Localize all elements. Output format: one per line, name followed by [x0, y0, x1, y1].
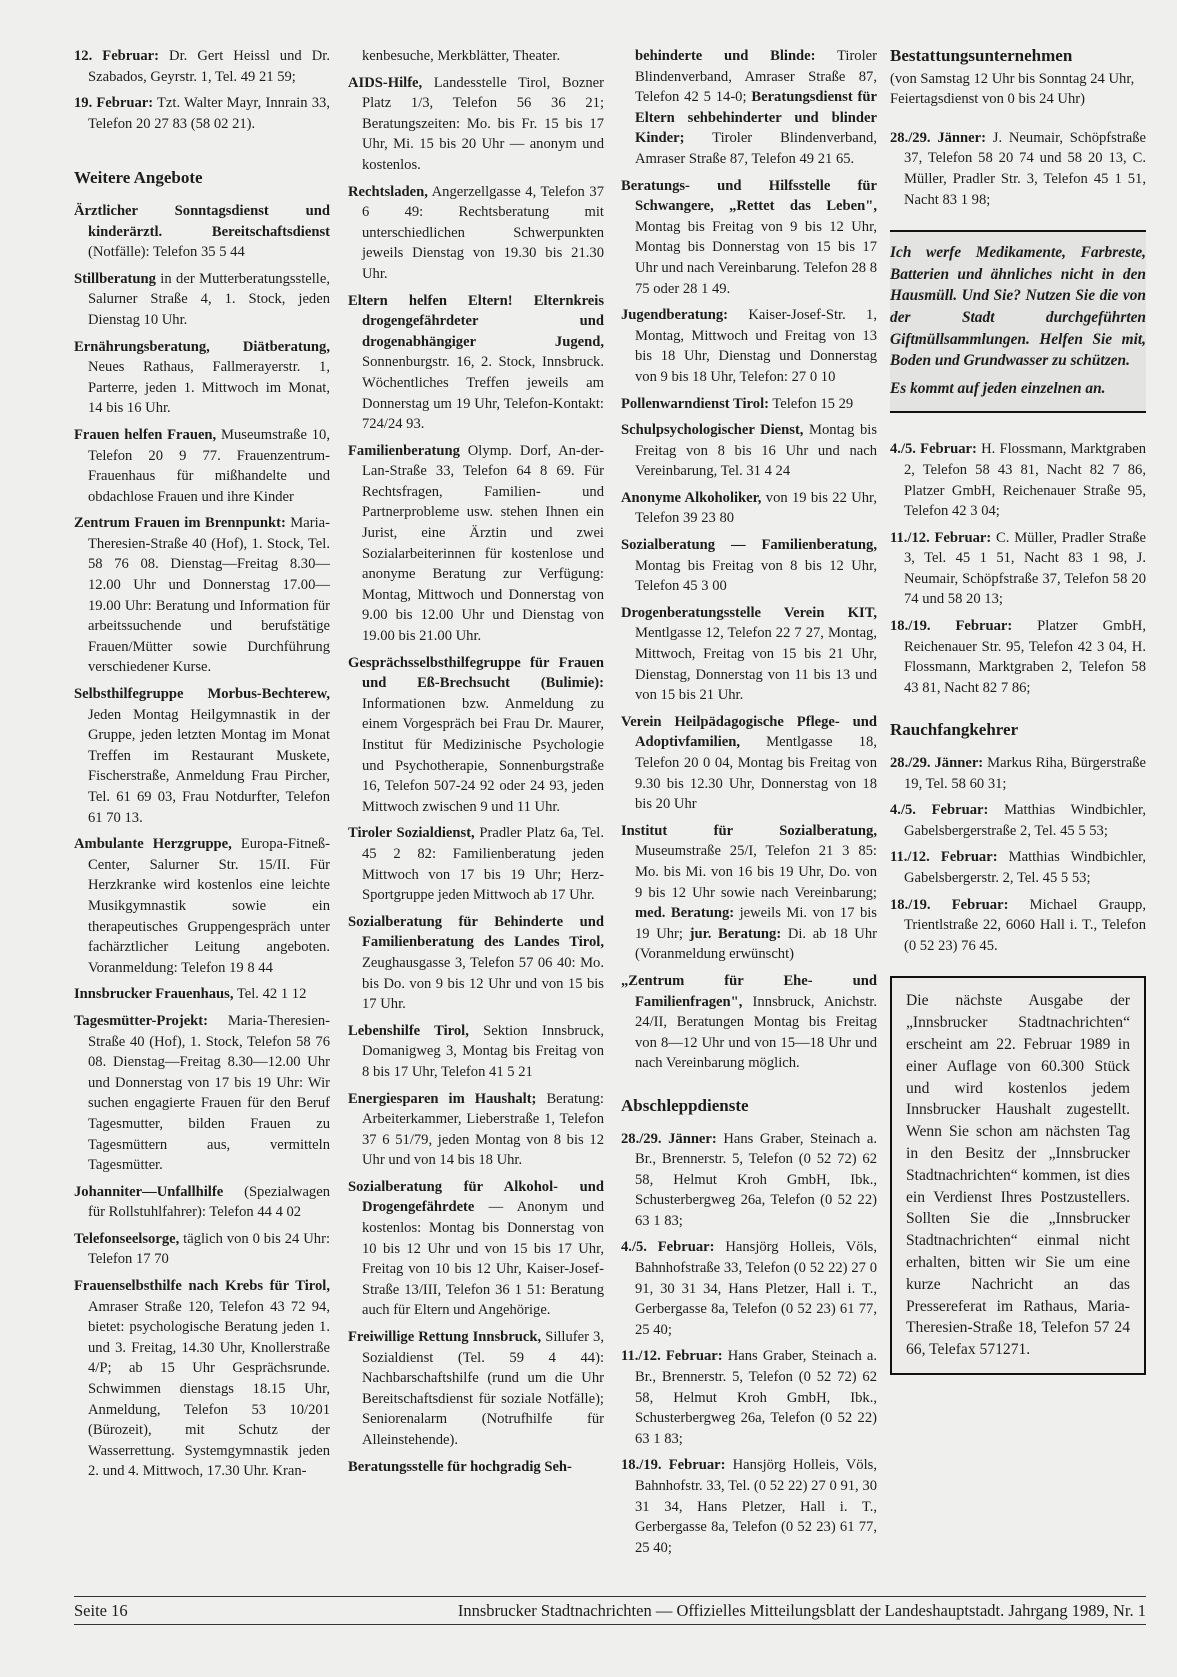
entry-label: 18./19. Februar:: [890, 897, 1008, 913]
list-item: Telefonseelsorge, täglich von 0 bis 24 U…: [74, 1229, 330, 1270]
entry-list: AIDS-Hilfe, Landesstelle Tirol, Bozner P…: [348, 73, 604, 1478]
entry-label: 28./29. Jänner:: [890, 130, 986, 146]
continuation-text: kenbesuche, Merkblätter, Theater.: [348, 46, 604, 67]
list-item: 4./5. Februar: H. Flossmann, Marktgraben…: [890, 439, 1146, 521]
entry-label: Tiroler Sozialdienst,: [348, 825, 475, 841]
entry-label: Frauen helfen Frauen,: [74, 427, 216, 443]
entry-label: 11./12. Februar:: [890, 530, 991, 546]
list-item: 28./29. Jänner: Markus Riha, Bürgerstraß…: [890, 753, 1146, 794]
entry-label: 18./19. Februar:: [890, 618, 1012, 634]
column-3: behinderte und Blinde: Tiroler Blindenve…: [621, 46, 877, 1564]
funeral-list-2: 4./5. Februar: H. Flossmann, Marktgraben…: [890, 439, 1146, 698]
entry-text: Museumstraße 25/I, Telefon 21 3 85: Mo. …: [635, 843, 877, 900]
list-item: 18./19. Februar: Platzer GmbH, Reichenau…: [890, 616, 1146, 698]
column-1: 12. Februar: Dr. Gert Heissl und Dr. Sza…: [74, 46, 330, 1488]
entry-label: 4./5. Februar:: [621, 1239, 715, 1255]
entry-label: Frauenselbsthilfe nach Krebs für Tirol,: [74, 1278, 330, 1294]
list-item: AIDS-Hilfe, Landesstelle Tirol, Bozner P…: [348, 73, 604, 176]
hazardous-waste-callout: Ich werfe Medikamente, Farbreste, Batter…: [890, 230, 1146, 413]
funeral-list: 28./29. Jänner: J. Neumair, Schöpfstraße…: [890, 128, 1146, 210]
list-item: Frauen helfen Frauen, Museumstraße 10, T…: [74, 425, 330, 507]
entry-text: Jeden Montag Heilgymnastik in der Gruppe…: [88, 707, 330, 826]
section-heading-abschleppdienste: Abschleppdienste: [621, 1096, 877, 1117]
list-item: 18./19. Februar: Hansjörg Holleis, Völs,…: [621, 1455, 877, 1558]
page-number: Seite 16: [74, 1601, 128, 1621]
entry-text: (Notfälle): Telefon 35 5 44: [88, 244, 245, 260]
entry-label: Schulpsychologischer Dienst,: [621, 422, 803, 438]
list-item: Gesprächsselbsthilfegruppe für Frauen un…: [348, 653, 604, 818]
list-item: Familienberatung Olymp. Dorf, An-der-Lan…: [348, 441, 604, 647]
list-item: Freiwillige Rettung Innsbruck, Sillufer …: [348, 1327, 604, 1451]
service-hours-note: (von Samstag 12 Uhr bis Sonntag 24 Uhr, …: [890, 69, 1146, 110]
section-heading-rauchfangkehrer: Rauchfangkehrer: [890, 720, 1146, 741]
entry-label: 11./12. Februar:: [621, 1348, 723, 1364]
entry-label: Innsbrucker Frauenhaus,: [74, 986, 234, 1002]
list-item: Ernährungsberatung, Diätberatung, Neues …: [74, 337, 330, 419]
list-item: Eltern helfen Eltern! Elternkreis drogen…: [348, 291, 604, 435]
entry-label: Zentrum Frauen im Brennpunkt:: [74, 515, 286, 531]
list-item: Selbsthilfegruppe Morbus-Bechterew, Jede…: [74, 684, 330, 828]
list-item: Institut für Sozialberatung, Museumstraß…: [621, 821, 877, 965]
callout-slogan: Es kommt auf jeden einzelnen an.: [890, 378, 1146, 400]
entry-label: Beratungsstelle für hochgradig Seh-: [348, 1459, 572, 1475]
list-item: 28./29. Jänner: Hans Graber, Steinach a.…: [621, 1129, 877, 1232]
list-item: 11./12. Februar: Hans Graber, Steinach a…: [621, 1346, 877, 1449]
entry-label: Familienberatung: [348, 443, 460, 459]
entry-label: Tagesmütter-Projekt:: [74, 1013, 208, 1029]
entry-text: Neues Rathaus, Fallmerayerstr. 1, Parter…: [88, 359, 330, 416]
entry-label: Drogenberatungsstelle Verein KIT,: [621, 605, 877, 621]
entry-label: jur. Beratung:: [690, 926, 782, 942]
entry-label: 28./29. Jänner:: [621, 1131, 717, 1147]
entry-label: AIDS-Hilfe,: [348, 75, 422, 91]
column-4: Bestattungsunternehmen (von Samstag 12 U…: [890, 46, 1146, 1375]
entry-text: Sillufer 3, Sozialdienst (Tel. 59 4 44):…: [362, 1329, 604, 1448]
next-issue-notice-box: Die nächste Ausgabe der „Innsbrucker Sta…: [890, 976, 1146, 1375]
entry-label: behinderte und Blinde:: [635, 48, 816, 64]
section-heading-bestattung: Bestattungsunternehmen: [890, 46, 1146, 67]
entry-list: Beratungs- und Hilfsstelle für Schwanger…: [621, 176, 877, 1074]
entry-text: Mentlgasse 12, Telefon 22 7 27, Montag, …: [635, 625, 877, 703]
entry-text: Informationen bzw. Anmeldung zu einem Vo…: [362, 696, 604, 815]
entry-label: 4./5. Februar:: [890, 802, 988, 818]
entry-label: Ernährungsberatung, Diätberatung,: [74, 339, 330, 355]
entry-label: Johanniter—Unfallhilfe: [74, 1184, 223, 1200]
list-item: Beratungsstelle für hochgradig Seh-: [348, 1457, 604, 1478]
list-item: Frauenselbsthilfe nach Krebs für Tirol, …: [74, 1276, 330, 1482]
list-item: „Zentrum für Ehe- und Familienfragen", I…: [621, 971, 877, 1074]
entry-text: Montag bis Freitag von 8 bis 12 Uhr, Tel…: [635, 558, 877, 595]
list-item: Ärztlicher Sonntagsdienst und kinderärzt…: [74, 201, 330, 263]
list-item: Sozialberatung für Behinderte und Famili…: [348, 912, 604, 1015]
list-item: Drogenberatungsstelle Verein KIT, Mentlg…: [621, 603, 877, 706]
entry-text: Amraser Straße 120, Telefon 43 72 94, bi…: [88, 1299, 330, 1480]
entry-label: Rechtsladen,: [348, 184, 428, 200]
column-2: kenbesuche, Merkblätter, Theater. AIDS-H…: [348, 46, 604, 1483]
entry-label: Eltern helfen Eltern! Elternkreis drogen…: [348, 293, 604, 350]
entry-label: Lebenshilfe Tirol,: [348, 1023, 469, 1039]
list-item: Tiroler Sozialdienst, Pradler Platz 6a, …: [348, 823, 604, 905]
entry-label: Sozialberatung — Familienberatung,: [621, 537, 877, 553]
entry-label: Telefonseelsorge,: [74, 1231, 179, 1247]
entry-label: Sozialberatung für Behinderte und Famili…: [348, 914, 604, 951]
continuation-entry: behinderte und Blinde: Tiroler Blindenve…: [621, 46, 877, 170]
list-item: Rechtsladen, Angerzellgasse 4, Telefon 3…: [348, 182, 604, 285]
entry-label: Freiwillige Rettung Innsbruck,: [348, 1329, 541, 1345]
entry-label: Beratungs- und Hilfsstelle für Schwanger…: [621, 178, 877, 215]
list-item: 4./5. Februar: Hansjörg Holleis, Völs, B…: [621, 1237, 877, 1340]
list-item: 4./5. Februar: Matthias Windbichler, Gab…: [890, 800, 1146, 841]
list-item: Zentrum Frauen im Brennpunkt: Maria-Ther…: [74, 513, 330, 678]
list-item: Innsbrucker Frauenhaus, Tel. 42 1 12: [74, 984, 330, 1005]
list-item: 18./19. Februar: Michael Graupp, Trientl…: [890, 895, 1146, 957]
entry-label: 4./5. Februar:: [890, 441, 977, 457]
entry-text: Tel. 42 1 12: [234, 986, 307, 1002]
list-item: Energiesparen im Haushalt; Beratung: Arb…: [348, 1089, 604, 1171]
entry-label: 28./29. Jänner:: [890, 755, 983, 771]
entry-label: 18./19. Februar:: [621, 1457, 725, 1473]
entry-label: Ärztlicher Sonntagsdienst und kinderärzt…: [74, 203, 330, 240]
chimney-list: 28./29. Jänner: Markus Riha, Bürgerstraß…: [890, 753, 1146, 956]
list-item: Anonyme Alkoholiker, von 19 bis 22 Uhr, …: [621, 488, 877, 529]
list-item: Jugendberatung: Kaiser-Josef-Str. 1, Mon…: [621, 305, 877, 387]
entry-label: Ambulante Herzgruppe,: [74, 836, 232, 852]
entry-label: med. Beratung:: [635, 905, 734, 921]
entry-label: 12. Februar:: [74, 48, 159, 64]
callout-text: Ich werfe Medikamente, Farbreste, Batter…: [890, 242, 1146, 372]
list-item: Johanniter—Unfallhilfe (Spezialwagen für…: [74, 1182, 330, 1223]
entry-label: Jugendberatung:: [621, 307, 728, 323]
list-item: Sozialberatung — Familienberatung, Monta…: [621, 535, 877, 597]
publication-line: Innsbrucker Stadtnachrichten — Offiziell…: [458, 1601, 1146, 1621]
entry-text: Zeughausgasse 3, Telefon 57 06 40: Mo. b…: [362, 955, 604, 1012]
list-item: 19. Februar: Tzt. Walter Mayr, Innrain 3…: [74, 93, 330, 134]
entry-label: Stillberatung: [74, 271, 156, 287]
list-item: Sozialberatung für Alkohol- und Drogenge…: [348, 1177, 604, 1321]
entry-text: Telefon 15 29: [769, 396, 853, 412]
entry-text: Maria-Theresien-Straße 40 (Hof), 1. Stoc…: [88, 515, 330, 675]
list-item: 28./29. Jänner: J. Neumair, Schöpfstraße…: [890, 128, 1146, 210]
list-item: Tagesmütter-Projekt: Maria-Theresien-Str…: [74, 1011, 330, 1176]
entry-label: Institut für Sozialberatung,: [621, 823, 877, 839]
list-item: Stillberatung in der Mutterberatungsstel…: [74, 269, 330, 331]
list-item: Lebenshilfe Tirol, Sektion Innsbruck, Do…: [348, 1021, 604, 1083]
entry-label: Anonyme Alkoholiker,: [621, 490, 761, 506]
entry-text: — Anonym und kostenlos: Montag bis Donne…: [362, 1199, 604, 1318]
list-item: Verein Heilpädagogische Pflege- und Adop…: [621, 712, 877, 815]
entry-label: Pollenwarndienst Tirol:: [621, 396, 769, 412]
entry-label: Selbsthilfegruppe Morbus-Bechterew,: [74, 686, 330, 702]
entry-label: 11./12. Februar:: [890, 849, 998, 865]
entry-text: Montag bis Freitag von 9 bis 12 Uhr, Mon…: [635, 219, 877, 297]
entry-label: 19. Februar:: [74, 95, 153, 111]
list-item: Pollenwarndienst Tirol: Telefon 15 29: [621, 394, 877, 415]
entry-text: Europa-Fitneß-Center, Salurner Str. 15/I…: [88, 836, 330, 976]
entry-text: Sonnenburgstr. 16, 2. Stock, Innsbruck. …: [362, 354, 604, 432]
list-item: 12. Februar: Dr. Gert Heissl und Dr. Sza…: [74, 46, 330, 87]
entry-list: Ärztlicher Sonntagsdienst und kinderärzt…: [74, 201, 330, 1482]
list-item: 11./12. Februar: C. Müller, Pradler Stra…: [890, 528, 1146, 610]
entry-text: Olymp. Dorf, An-der-Lan-Straße 33, Telef…: [362, 443, 604, 644]
section-heading-weitere-angebote: Weitere Angebote: [74, 168, 330, 189]
page-footer: Seite 16 Innsbrucker Stadtnachrichten — …: [74, 1596, 1146, 1625]
list-item: Ambulante Herzgruppe, Europa-Fitneß-Cent…: [74, 834, 330, 978]
list-item: 11./12. Februar: Matthias Windbichler, G…: [890, 847, 1146, 888]
towing-list: 28./29. Jänner: Hans Graber, Steinach a.…: [621, 1129, 877, 1559]
entry-text: Maria-Theresien-Straße 40 (Hof), 1. Stoc…: [88, 1013, 330, 1173]
entry-label: Energiesparen im Haushalt;: [348, 1091, 536, 1107]
list-item: Schulpsychologischer Dienst, Montag bis …: [621, 420, 877, 482]
list-item: Beratungs- und Hilfsstelle für Schwanger…: [621, 176, 877, 300]
entry-label: Gesprächsselbsthilfegruppe für Frauen un…: [348, 655, 604, 692]
